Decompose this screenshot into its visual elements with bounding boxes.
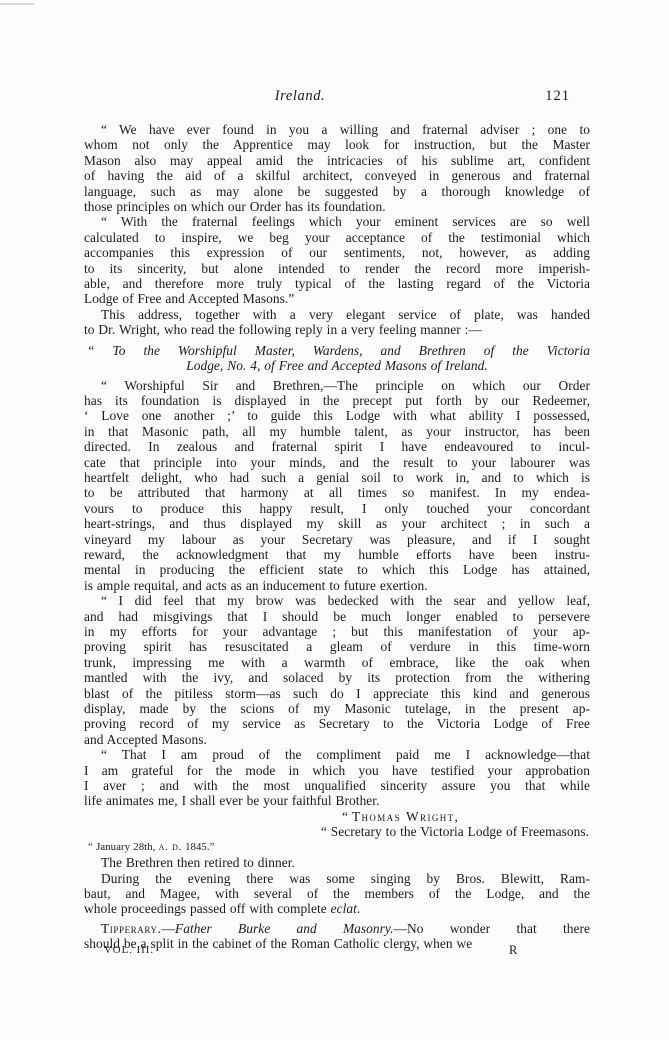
reply-salutation: “ To the Worshipful Master, Wardens, and…	[84, 343, 590, 374]
text-line: Tipperary.—Father Burke and Masonry.—No …	[84, 921, 590, 936]
text-line: Lodge, No. 4, of Free and Accepted Mason…	[84, 358, 590, 373]
evening-paragraph: During the evening there was some singin…	[84, 871, 590, 917]
text-line: life animates me, I shall ever be your f…	[84, 793, 590, 808]
small-caps-text: Tipperary.	[101, 921, 162, 936]
text-line: Mason also may appeal amid the intricaci…	[84, 153, 590, 168]
text-line: I aver ; and with the most unqualified s…	[84, 778, 590, 793]
address-paragraph-1: “ We have ever found in you a willing an…	[84, 122, 590, 214]
text-line: has its foundation is displayed in the p…	[84, 393, 590, 408]
italic-text: eclat	[331, 901, 357, 916]
text-line: calculated to inspire, we beg your accep…	[84, 230, 590, 245]
text-span: “	[342, 809, 352, 824]
text-line: “ Secretary to the Victoria Lodge of Fre…	[84, 824, 590, 839]
text-line: reward, the acknowledgment that my humbl…	[84, 547, 590, 562]
text-line: vineyard my labour as your Secretary was…	[84, 532, 590, 547]
text-line: “ To the Worshipful Master, Wardens, and…	[84, 343, 590, 358]
text-span: “ January 28th,	[88, 841, 159, 853]
text-line: those principles on which our Order has …	[84, 199, 590, 214]
running-head: Ireland.	[84, 88, 516, 105]
text-line: ‘ Love one another ;’ to guide this Lodg…	[84, 408, 590, 423]
text-line: “ I did feel that my brow was bedecked w…	[84, 593, 590, 608]
small-caps-text: a. d.	[159, 841, 182, 853]
scan-artifact	[0, 3, 34, 5]
text-line: “ January 28th, a. d. 1845.”	[84, 840, 590, 855]
text-line: to be attributed that harmony at all tim…	[84, 485, 590, 500]
text-span: 1845.”	[182, 841, 215, 853]
text-line: mantled with the ivy, and solaced by its…	[84, 670, 590, 685]
text-line: mental in producing the efficient state …	[84, 562, 590, 577]
text-line: whom not only the Apprentice may look fo…	[84, 137, 590, 152]
address-paragraph-2: “ With the fraternal feelings which your…	[84, 214, 590, 306]
text-line: During the evening there was some singin…	[84, 871, 590, 886]
narrative-paragraph: This address, together with a very elega…	[84, 307, 590, 338]
page-content: Ireland. 121 “ We have ever found in you…	[84, 88, 590, 952]
text-line: in that Masonic path, all my humble tale…	[84, 424, 590, 439]
text-line: in my efforts for your advantage ; but t…	[84, 624, 590, 639]
text-line: and Accepted Masons.	[84, 732, 590, 747]
text-line: and had misgivings that I should be much…	[84, 609, 590, 624]
text-span: whole proceedings passed off with comple…	[84, 901, 331, 916]
text-line: proving spirit has resuscitated a gleam …	[84, 639, 590, 654]
text-line: “ Thomas Wright,	[84, 809, 590, 824]
text-line: vours to produce this happy result, I on…	[84, 501, 590, 516]
text-line: The Brethren then retired to dinner.	[84, 855, 590, 870]
text-line: to Dr. Wright, who read the following re…	[84, 322, 590, 337]
text-line: language, such as may alone be suggested…	[84, 184, 590, 199]
signature-mark: R	[509, 943, 518, 958]
volume-label: VOL. III.	[104, 944, 154, 956]
signature-role: “ Secretary to the Victoria Lodge of Fre…	[84, 824, 590, 839]
italic-text: Father Burke and Masonry.	[175, 921, 394, 936]
text-line: whole proceedings passed off with comple…	[84, 901, 590, 916]
book-page: Ireland. 121 “ We have ever found in you…	[0, 0, 669, 1040]
text-line: display, made by the scions of my Masoni…	[84, 701, 590, 716]
text-line: Lodge of Free and Accepted Masons.”	[84, 291, 590, 306]
reply-paragraph-1: “ Worshipful Sir and Brethren,—The princ…	[84, 378, 590, 594]
small-caps-text: Thomas Wright,	[352, 809, 459, 824]
text-line: “ That I am proud of the compliment paid…	[84, 747, 590, 762]
text-line: “ With the fraternal feelings which your…	[84, 214, 590, 229]
text-line: trunk, impressing me with a warmth of em…	[84, 655, 590, 670]
reply-paragraph-2: “ I did feel that my brow was bedecked w…	[84, 593, 590, 747]
text-line: blast of the pitiless storm—as such do I…	[84, 686, 590, 701]
text-line: baut, and Magee, with several of the mem…	[84, 886, 590, 901]
text-line: heart-strings, and thus displayed my ski…	[84, 516, 590, 531]
text-line: of having the aid of a skilful architect…	[84, 168, 590, 183]
reply-paragraph-3: “ That I am proud of the compliment paid…	[84, 747, 590, 809]
text-line: proving record of my service as Secretar…	[84, 716, 590, 731]
signature-name: “ Thomas Wright,	[84, 809, 590, 824]
text-line: “ Worshipful Sir and Brethren,—The princ…	[84, 378, 590, 393]
page-body: “ We have ever found in you a willing an…	[84, 122, 590, 952]
text-line: able, and therefore more truly typical o…	[84, 276, 590, 291]
text-line: to its sincerity, but alone intended to …	[84, 261, 590, 276]
text-line: heartfelt delight, who had such a genial…	[84, 470, 590, 485]
text-span: —	[162, 921, 175, 936]
text-line: cate that principle into your minds, and…	[84, 455, 590, 470]
text-line: accompanies this expression of our senti…	[84, 245, 590, 260]
text-line: is ample requital, and acts as an induce…	[84, 578, 590, 593]
dinner-paragraph: The Brethren then retired to dinner.	[84, 855, 590, 870]
text-line: This address, together with a very elega…	[84, 307, 590, 322]
page-header: Ireland. 121	[84, 88, 590, 106]
signature-date: “ January 28th, a. d. 1845.”	[84, 840, 590, 855]
text-line: directed. In zealous and fraternal spiri…	[84, 439, 590, 454]
page-number: 121	[545, 88, 570, 105]
text-line: I am grateful for the mode in which you …	[84, 763, 590, 778]
text-line: “ We have ever found in you a willing an…	[84, 122, 590, 137]
text-span: .	[357, 901, 360, 916]
text-span: —No wonder that there	[394, 921, 590, 936]
